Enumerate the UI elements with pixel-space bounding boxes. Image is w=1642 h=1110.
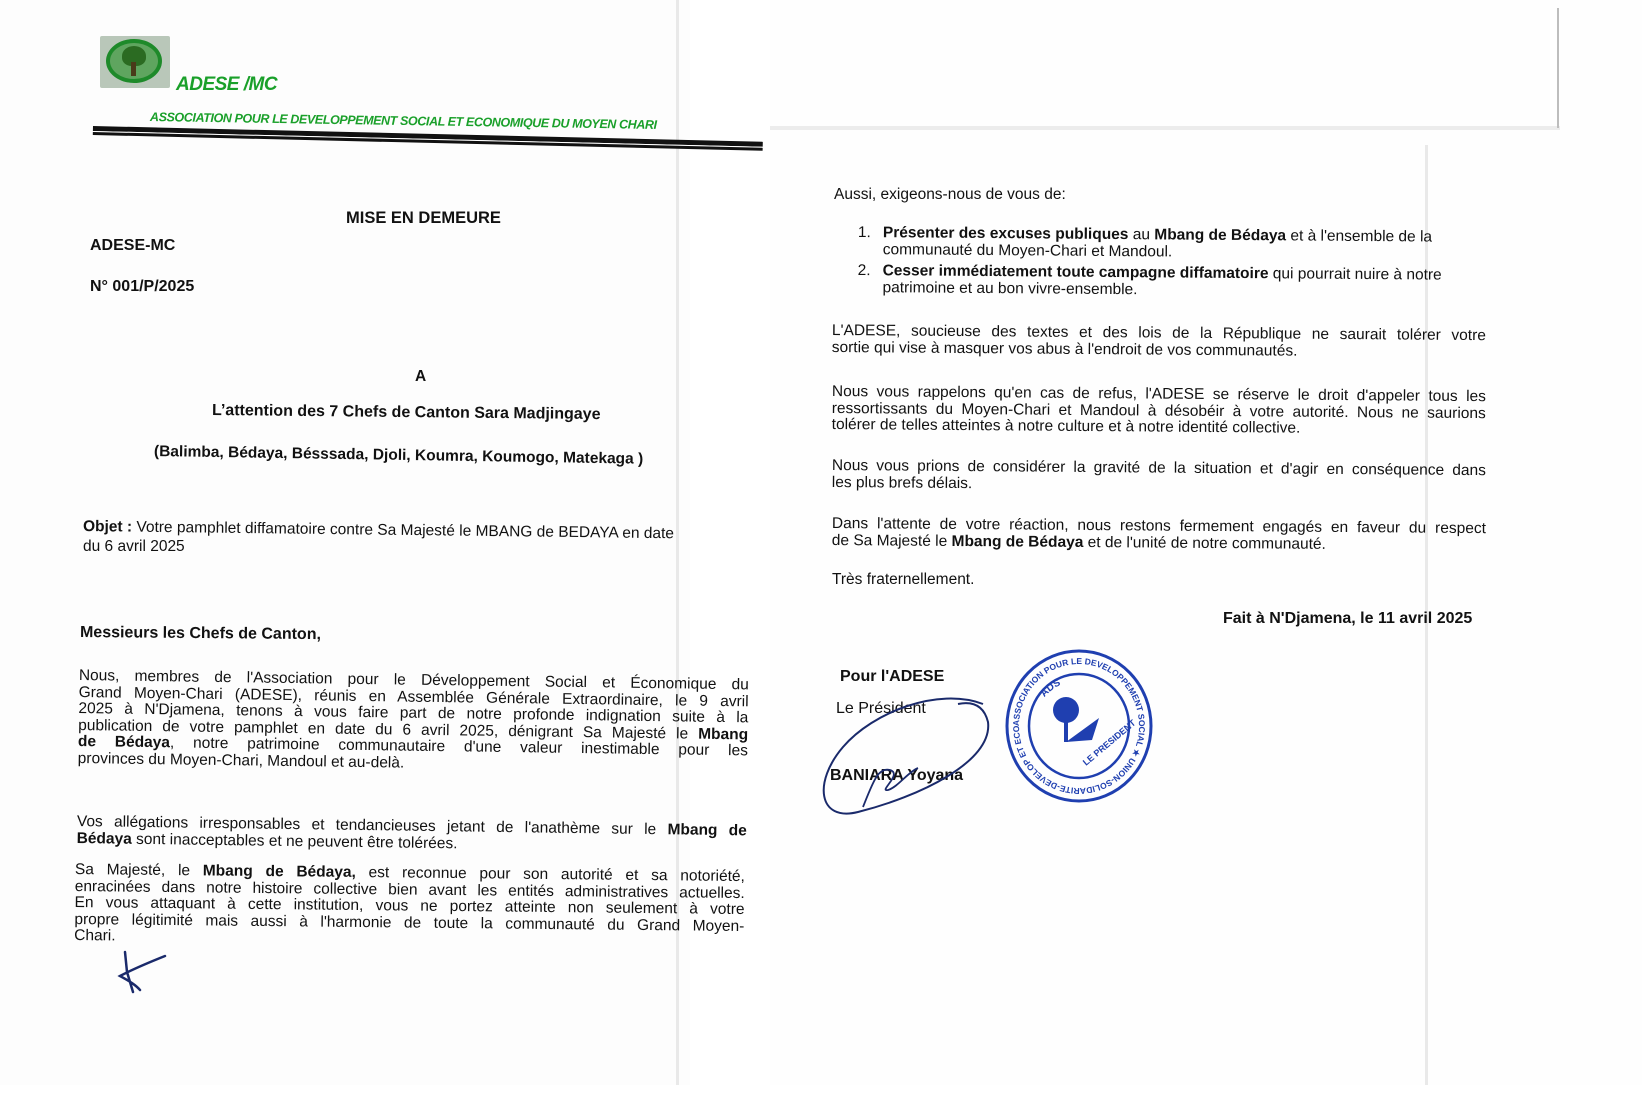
- paragraph-4: L'ADESE, soucieuse des textes et des loi…: [832, 323, 1486, 361]
- reference-org: ADESE-MC: [90, 237, 175, 255]
- paragraph-7: Dans l'attente de votre réaction, nous r…: [832, 516, 1486, 554]
- demands-intro: Aussi, exigeons-nous de vous de:: [834, 186, 1066, 204]
- closing: Très fraternellement.: [832, 571, 974, 589]
- object-line-2: du 6 avril 2025: [83, 538, 185, 556]
- to-label: A: [415, 368, 426, 386]
- svg-text:ADS: ADS: [1038, 677, 1062, 699]
- page-fold: [770, 126, 1560, 130]
- place-and-date: Fait à N'Djamena, le 11 avril 2025: [1223, 610, 1472, 628]
- demand-item: 1. Présenter des excuses publiques au Mb…: [858, 224, 1488, 263]
- official-stamp: ASSOCIATION POUR LE DEVELOPPEMENT SOCIAL…: [1004, 648, 1154, 804]
- paragraph-5: Nous vous rappelons qu'en cas de refus, …: [832, 384, 1486, 439]
- paragraph-3: Sa Majesté, le Mbang de Bédaya, est reco…: [74, 862, 745, 952]
- signature: [818, 692, 998, 822]
- org-short-name: ADESE /MC: [176, 74, 277, 96]
- reference-number: N° 001/P/2025: [90, 278, 194, 296]
- page-edge: [1557, 8, 1559, 128]
- object-label: Objet :: [83, 518, 132, 536]
- for-organization: Pour l'ADESE: [840, 668, 944, 686]
- tree-emblem-icon: [100, 36, 170, 88]
- paragraph-6: Nous vous prions de considérer la gravit…: [832, 458, 1486, 496]
- salutation: Messieurs les Chefs de Canton,: [80, 624, 321, 644]
- demands-list: 1. Présenter des excuses publiques au Mb…: [857, 224, 1488, 305]
- initials-mark: [115, 948, 170, 996]
- demand-item: 2. Cesser immédiatement toute campagne d…: [857, 262, 1487, 301]
- letter-title: MISE EN DEMEURE: [346, 209, 501, 227]
- paragraph-1: Nous, membres de l'Association pour le D…: [78, 668, 749, 776]
